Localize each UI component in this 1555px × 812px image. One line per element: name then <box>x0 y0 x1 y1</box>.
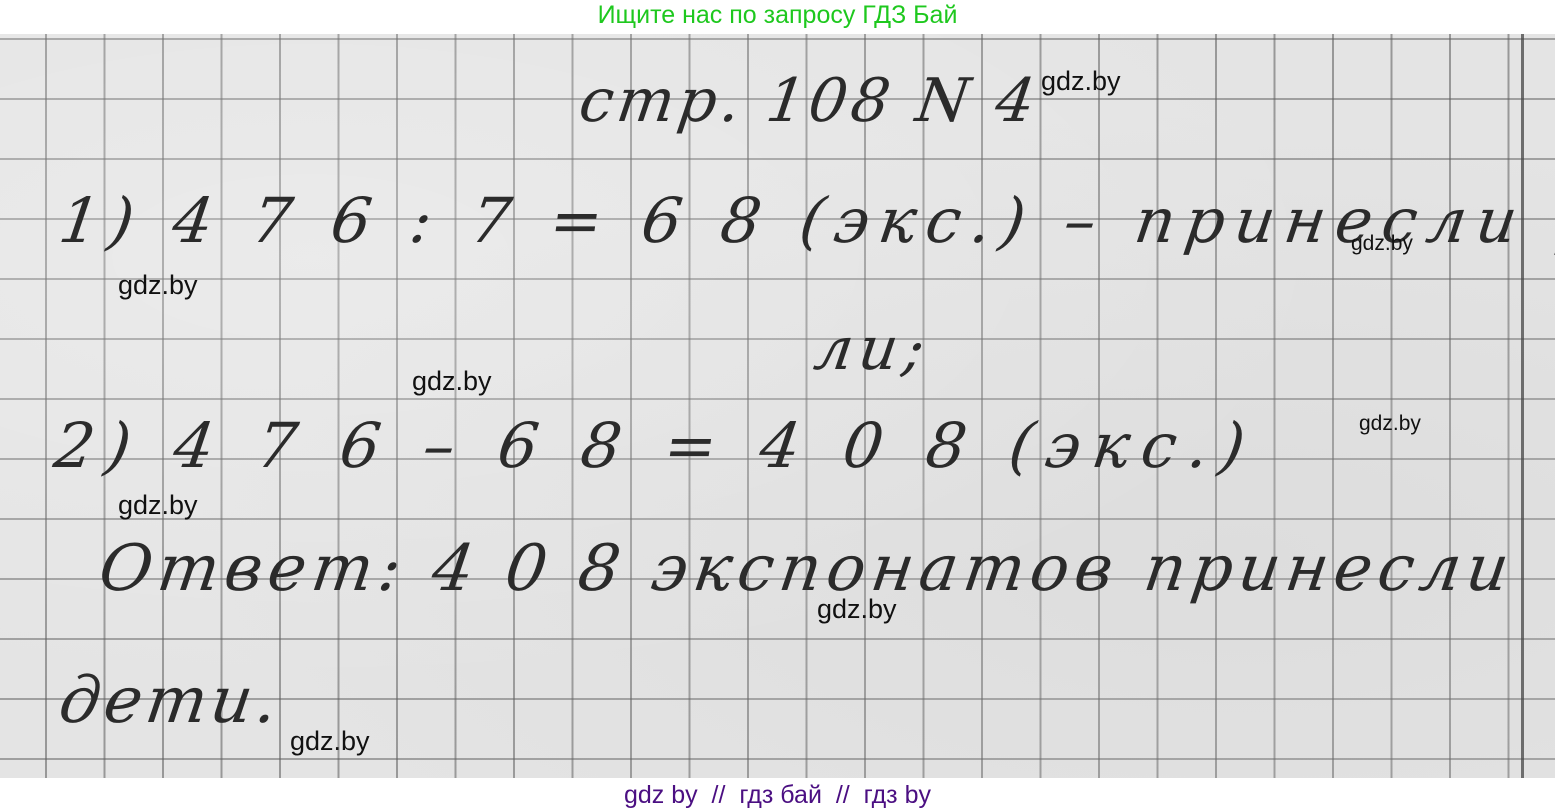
watermark: gdz.by <box>1351 232 1413 256</box>
search-hint-banner: Ищите нас по запросу ГДЗ Бай <box>0 0 1555 34</box>
handwritten-step-2: 2) 4 7 6 – 6 8 = 4 0 8 (экс.) <box>50 409 1262 482</box>
handwritten-page-title: стр. 108 N 4 <box>575 66 1043 136</box>
watermark: gdz.by <box>1041 66 1121 97</box>
notebook-margin-line <box>1521 34 1524 778</box>
watermark: gdz.by <box>118 270 198 301</box>
handwritten-step-1-continuation: ли; <box>810 314 935 384</box>
watermark: gdz.by <box>1359 412 1421 436</box>
watermark: gdz.by <box>290 726 370 757</box>
watermark: gdz.by <box>817 594 897 625</box>
watermark: gdz.by <box>412 366 492 397</box>
watermark: gdz.by <box>118 490 198 521</box>
site-footer-banner: gdz by // гдз бай // гдз by <box>0 778 1555 812</box>
handwritten-step-1: 1) 4 7 6 : 7 = 6 8 (экс.) – принесли род… <box>55 184 1555 257</box>
handwritten-answer-continuation: дети. <box>55 664 286 738</box>
notebook-page-photo: стр. 108 N 4 1) 4 7 6 : 7 = 6 8 (экс.) –… <box>0 34 1555 778</box>
handwritten-answer: Ответ: 4 0 8 экспонатов принесли <box>95 532 1519 606</box>
